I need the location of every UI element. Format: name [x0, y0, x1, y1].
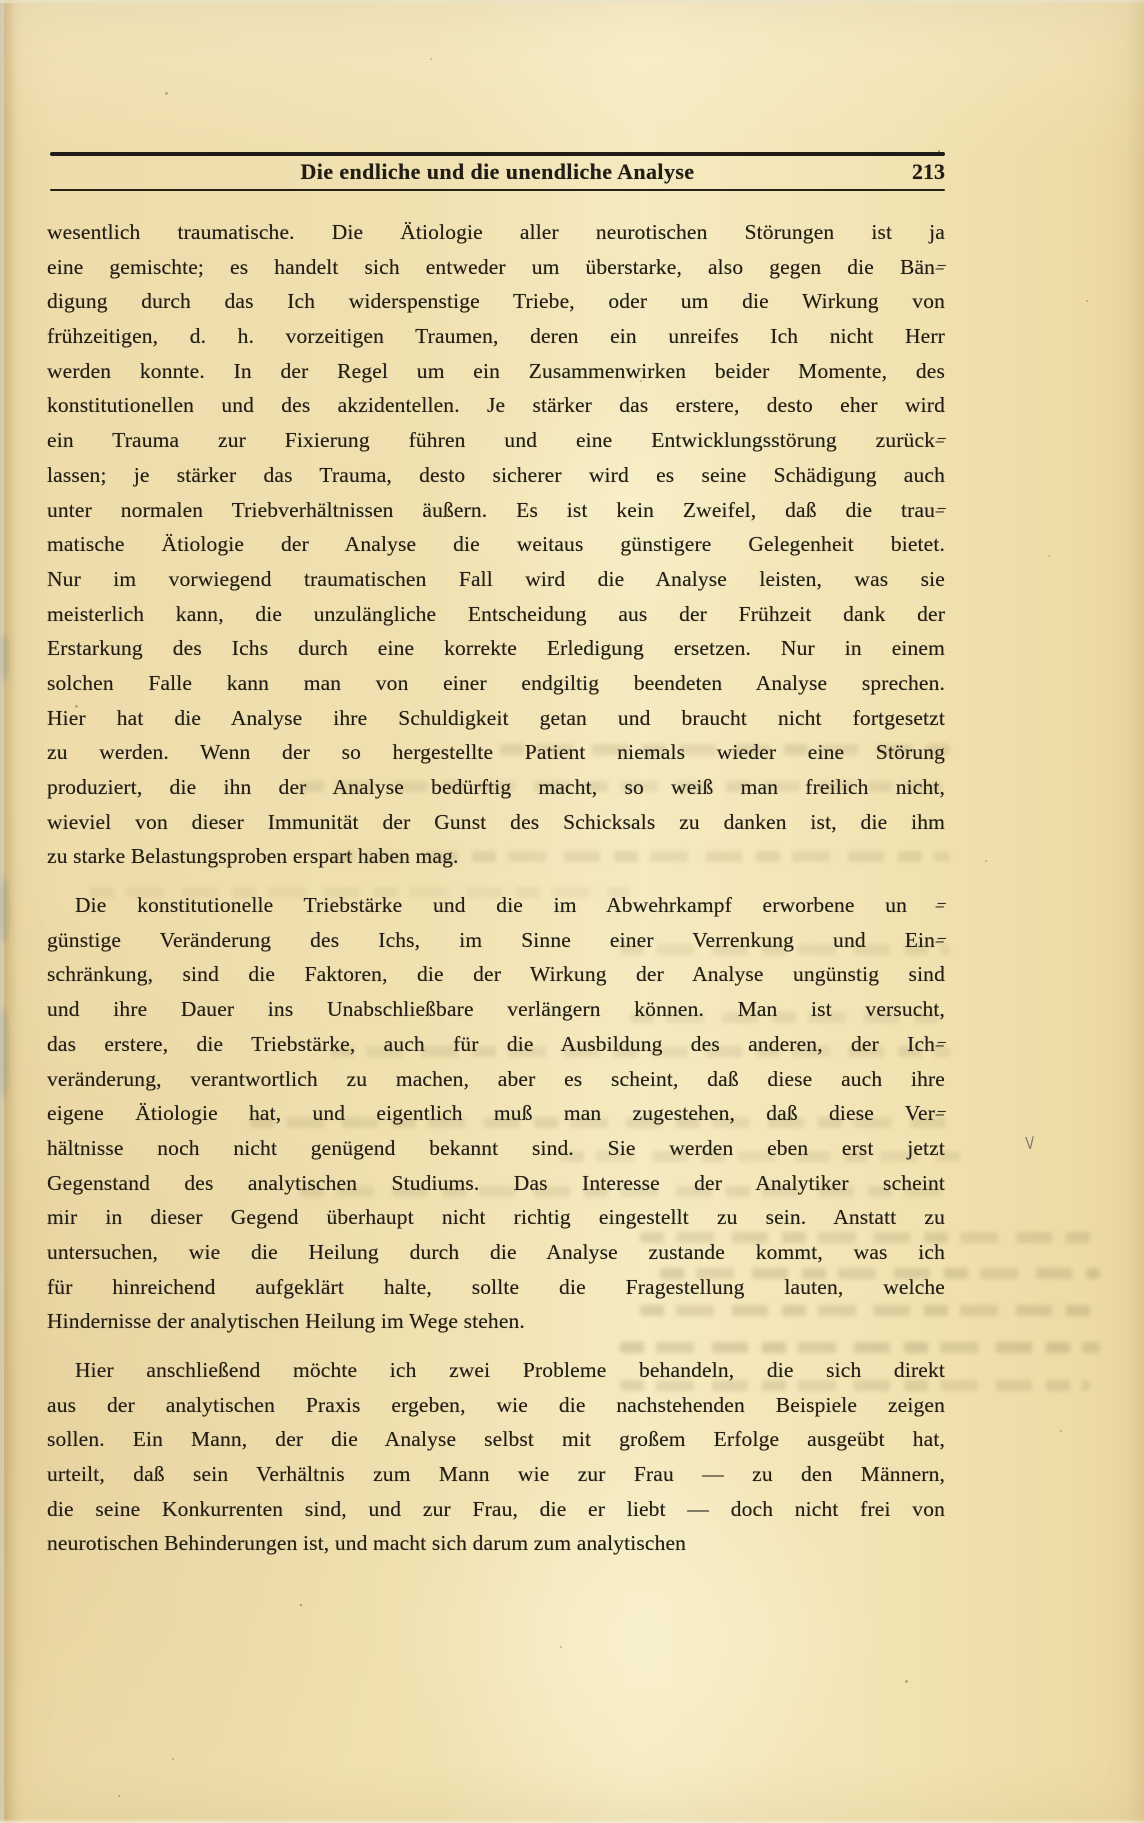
- text-line: Erstarkung des Ichs durch eine korrekte …: [47, 631, 945, 666]
- paper-speck: [118, 1795, 120, 1797]
- text-line: günstige Veränderung des Ichs, im Sinne …: [47, 923, 945, 958]
- text-line: werden konnte. In der Regel um ein Zusam…: [47, 354, 945, 389]
- double-oblique-hyphen: =: [898, 888, 956, 923]
- paper-speck: [60, 1210, 62, 1212]
- paper-speck: [430, 58, 432, 60]
- text-line: das erstere, die Triebstärke, auch für d…: [47, 1027, 945, 1062]
- text-line: und ihre Dauer ins Unabschließbare verlä…: [47, 992, 945, 1027]
- paper-speck: [172, 1758, 174, 1760]
- text-line: zu starke Belastungsproben erspart haben…: [47, 839, 945, 874]
- text-line: Hindernisse der analytischen Heilung im …: [47, 1304, 945, 1339]
- scan-edge-right: [1126, 0, 1144, 1823]
- page-number: 213: [912, 159, 945, 185]
- text-line: digung durch das Ich widerspenstige Trie…: [47, 284, 945, 319]
- text-line: solchen Falle kann man von einer endgilt…: [47, 666, 945, 701]
- double-oblique-hyphen: =: [926, 1096, 956, 1131]
- ink-smudge: [1, 635, 9, 680]
- paper-speck: [165, 92, 168, 95]
- paper-speck: [1060, 1430, 1062, 1432]
- text-line: eigene Ätiologie hat, und eigentlich muß…: [47, 1096, 945, 1131]
- text-block: wesentlich traumatische. Die Ätiologie a…: [47, 215, 945, 1561]
- double-oblique-hyphen: =: [926, 493, 956, 528]
- text-line: matische Ätiologie der Analyse die weita…: [47, 527, 945, 562]
- scan-edge-bottom: [0, 1819, 1144, 1823]
- text-line: mir in dieser Gegend überhaupt nicht ric…: [47, 1200, 945, 1235]
- paragraph: wesentlich traumatische. Die Ätiologie a…: [47, 215, 945, 874]
- ink-smudge: [1, 1008, 8, 1098]
- text-line: für hinreichend aufgeklärt halte, sollte…: [47, 1270, 945, 1305]
- text-line: eine gemischte; es handelt sich entweder…: [47, 250, 945, 285]
- paper-speck: [905, 1680, 908, 1683]
- text-line: hältnisse noch nicht genügend bekannt si…: [47, 1131, 945, 1166]
- double-oblique-hyphen: =: [926, 1027, 956, 1062]
- text-line: wesentlich traumatische. Die Ätiologie a…: [47, 215, 945, 250]
- text-line: Gegenstand des analytischen Studiums. Da…: [47, 1166, 945, 1201]
- text-line: Die konstitutionelle Triebstärke und die…: [47, 888, 945, 923]
- paper-speck: [560, 1646, 562, 1648]
- text-line: sollen. Ein Mann, der die Analyse selbst…: [47, 1422, 945, 1457]
- paper-speck: [640, 380, 642, 382]
- scan-edge-top: [0, 0, 1144, 3]
- paper-speck: [985, 860, 987, 862]
- text-line: schränkung, sind die Faktoren, die der W…: [47, 957, 945, 992]
- text-line: wieviel von dieser Immunität der Gunst d…: [47, 805, 945, 840]
- ink-smudge: [0, 878, 9, 943]
- paper-speck: [75, 705, 78, 708]
- running-title: Die endliche und die unendliche Analyse: [50, 159, 945, 185]
- pencil-checkmark: V: [1025, 1134, 1035, 1155]
- text-line: meisterlich kann, die unzulängliche Ents…: [47, 597, 945, 632]
- double-oblique-hyphen: =: [926, 250, 956, 285]
- text-line: Hier hat die Analyse ihre Schuldigkeit g…: [47, 701, 945, 736]
- text-line: urteilt, daß sein Verhältnis zum Mann wi…: [47, 1457, 945, 1492]
- double-oblique-hyphen: =: [926, 423, 956, 458]
- scanned-book-page: Die endliche und die unendliche Analyse …: [0, 0, 1144, 1823]
- text-line: veränderung, verantwortlich zu machen, a…: [47, 1062, 945, 1097]
- text-line: ein Trauma zur Fixierung führen und eine…: [47, 423, 945, 458]
- paper-speck: [1086, 300, 1088, 302]
- paper-speck: [300, 1604, 302, 1606]
- text-line: Nur im vorwiegend traumatischen Fall wir…: [47, 562, 945, 597]
- double-oblique-hyphen: =: [926, 923, 956, 958]
- running-header: Die endliche und die unendliche Analyse …: [50, 158, 945, 186]
- text-line: lassen; je stärker das Trauma, desto sic…: [47, 458, 945, 493]
- header-rule-top: [50, 152, 945, 156]
- text-line: unter normalen Triebverhältnissen äußern…: [47, 493, 945, 528]
- text-line: aus der analytischen Praxis ergeben, wie…: [47, 1388, 945, 1423]
- text-line: Hier anschließend möchte ich zwei Proble…: [47, 1353, 945, 1388]
- paragraph: Hier anschließend möchte ich zwei Proble…: [47, 1353, 945, 1561]
- text-line: produziert, die ihn der Analyse bedürfti…: [47, 770, 945, 805]
- text-line: zu werden. Wenn der so hergestellte Pati…: [47, 735, 945, 770]
- paragraph: Die konstitutionelle Triebstärke und die…: [47, 888, 945, 1339]
- text-line: frühzeitigen, d. h. vorzeitigen Traumen,…: [47, 319, 945, 354]
- text-line: neurotischen Behinderungen ist, und mach…: [47, 1526, 945, 1561]
- text-line: die seine Konkurrenten sind, und zur Fra…: [47, 1492, 945, 1527]
- text-line: untersuchen, wie die Heilung durch die A…: [47, 1235, 945, 1270]
- header-rule-bottom: [50, 189, 945, 191]
- text-line: konstitutionellen und des akzidentellen.…: [47, 388, 945, 423]
- paper-speck: [938, 150, 940, 152]
- paper-speck: [1048, 555, 1050, 557]
